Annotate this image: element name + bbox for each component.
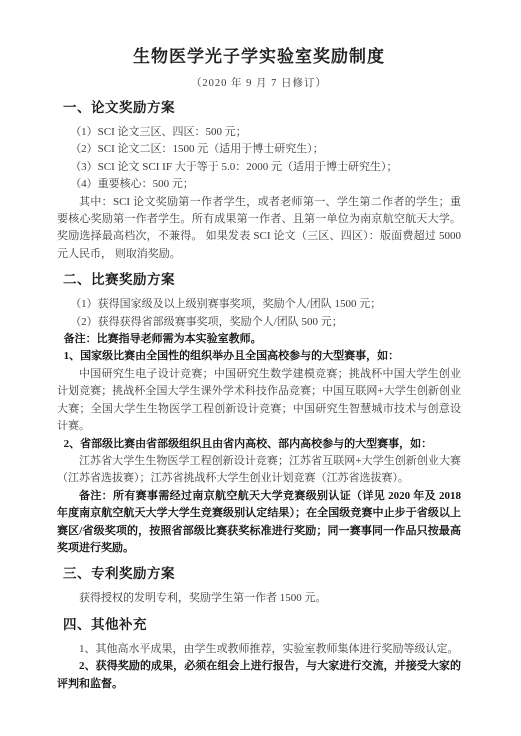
section-heading: 二、比赛奖励方案 — [63, 271, 461, 289]
paragraph: 获得授权的发明专利，奖励学生第一作者 1500 元。 — [57, 590, 461, 607]
document-body: 一、论文奖励方案（1）SCI 论文三区、四区：500 元；（2）SCI 论文二区… — [57, 99, 461, 693]
paragraph: 2、省部级比赛由省部级组织且由省内高校、部内高校参与的大型赛事，如： — [57, 436, 461, 453]
paragraph: 中国研究生电子设计竞赛；中国研究生数学建模竞赛；挑战杯中国大学生创业计划竞赛；挑… — [57, 366, 461, 436]
paragraph: （1）获得国家级及以上级别赛事奖项，奖励个人/团队 1500 元； — [57, 296, 461, 313]
paragraph: 备注：比赛指导老师需为本实验室教师。 — [57, 331, 461, 348]
paragraph: （4）重要核心：500 元； — [57, 176, 461, 193]
document-page: 生物医学光子学实验室奖励制度 （2020 年 9 月 7 日修订） 一、论文奖励… — [0, 0, 521, 736]
document-title: 生物医学光子学实验室奖励制度 — [57, 46, 461, 68]
paragraph: 2、获得奖励的成果，必须在组会上进行报告，与大家进行交流，并接受大家的评判和监督… — [57, 658, 461, 693]
paragraph: （2）获得获得省部级赛事奖项，奖励个人/团队 500 元； — [57, 314, 461, 331]
paragraph: （3）SCI 论文 SCI IF 大于等于 5.0：2000 元（适用于博士研究… — [57, 159, 461, 176]
paragraph: （2）SCI 论文二区：1500 元（适用于博士研究生）； — [57, 141, 461, 158]
paragraph: 江苏省大学生生物医学工程创新设计竞赛；江苏省互联网+大学生创新创业大赛（江苏省选… — [57, 453, 461, 488]
section-heading: 一、论文奖励方案 — [63, 99, 461, 117]
paragraph: 1、国家级比赛由全国性的组织举办且全国高校参与的大型赛事，如： — [57, 348, 461, 365]
paragraph: 1、其他高水平成果，由学生或教师推荐，实验室教师集体进行奖励等级认定。 — [57, 641, 461, 658]
paragraph: 其中：SCI 论文奖励第一作者学生，或者老师第一、学生第二作者的学生；重要核心奖… — [57, 194, 461, 264]
section-heading: 三、专利奖励方案 — [63, 565, 461, 583]
document-subtitle: （2020 年 9 月 7 日修订） — [57, 77, 461, 91]
section-heading: 四、其他补充 — [63, 616, 461, 634]
paragraph: （1）SCI 论文三区、四区：500 元； — [57, 124, 461, 141]
paragraph: 备注：所有赛事需经过南京航空航天大学竞赛级别认证（详见 2020 年及 2018… — [57, 488, 461, 558]
